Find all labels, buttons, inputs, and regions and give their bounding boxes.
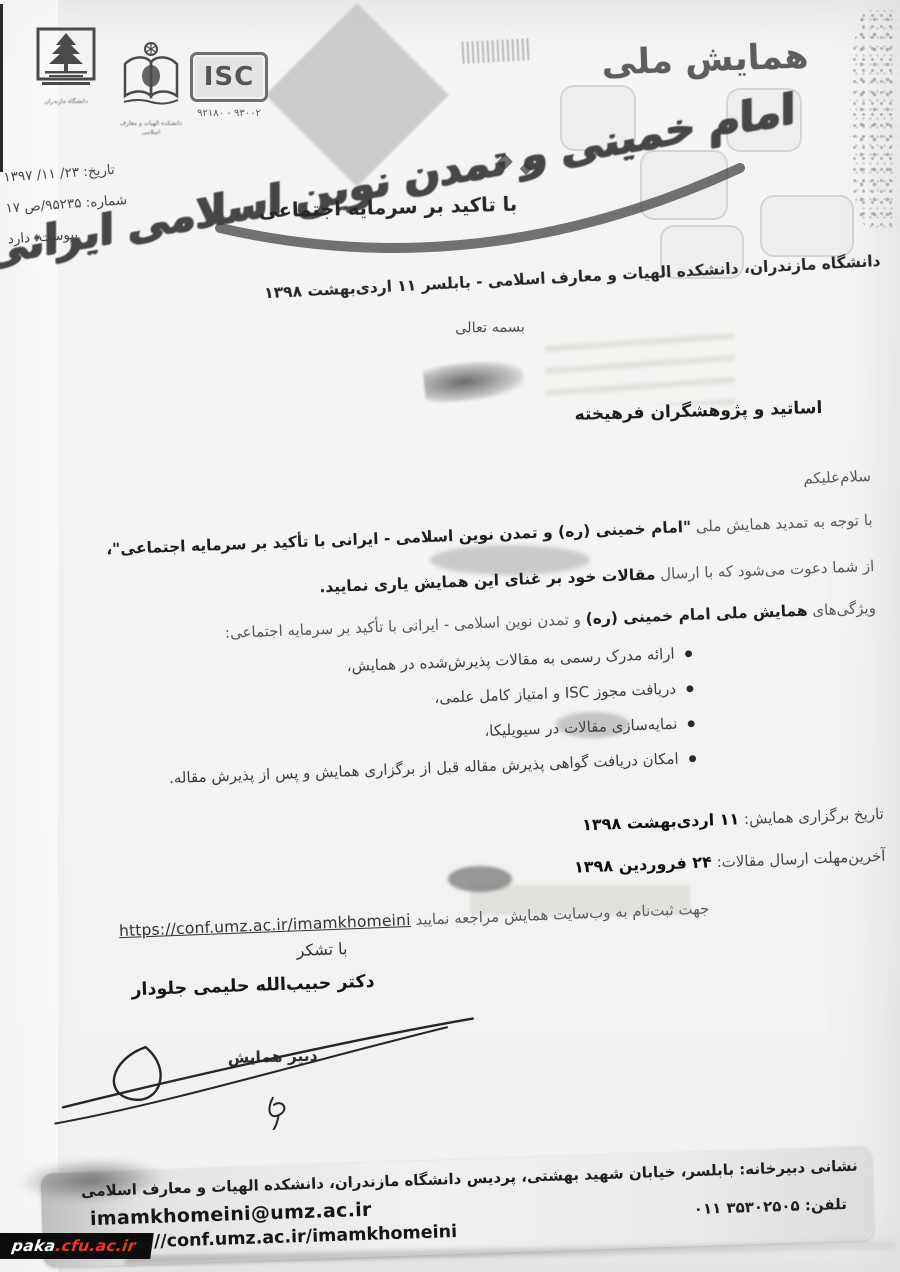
basmala: بسمه تعالی: [420, 319, 560, 337]
scan-edge-artifact: [0, 4, 3, 172]
signature-block: دبیر همایش: [48, 996, 481, 1135]
scanned-letter: دانشگاه مازندران دانشکده الهیات و معارف …: [0, 0, 900, 1272]
paragraph-bold-text: همایش ملی امام خمینی (ره): [585, 602, 808, 629]
paragraph-text: با توجه به تمدید همایش ملی: [691, 511, 873, 536]
event-date-label: تاریخ برگزاری همایش:: [744, 805, 885, 828]
event-date-value: ۱۱ اردی‌بهشت ۱۳۹۸: [582, 809, 740, 834]
watermark-suffix: .cfu.ac.ir: [54, 1237, 137, 1255]
scan-noise-patch: [461, 38, 532, 64]
site-watermark: paka.cfu.ac.ir: [0, 1233, 154, 1259]
ink-smudge: [430, 545, 590, 575]
faculty-book-icon: [118, 40, 184, 112]
registration-url: https://conf.umz.ac.ir/imamkhomeini: [119, 911, 411, 940]
isc-logo-label: ISC: [190, 52, 268, 102]
university-logo-caption: دانشگاه مازندران: [20, 97, 112, 106]
secretary-name: دکتر حبیب‌الله حلیمی جلودار: [108, 971, 399, 1001]
isc-code-numbers: ۹۲۱۸۰ - ۹۳۰۰۲: [186, 108, 272, 119]
university-logo: دانشگاه مازندران: [20, 24, 112, 106]
isc-logo: ISC ۹۲۱۸۰ - ۹۳۰۰۲: [186, 52, 272, 119]
thanks-line: با تشکر: [262, 938, 383, 961]
paragraph-text: و تمدن نوین اسلامی - ایرانی با تأکید بر …: [225, 610, 586, 642]
university-tree-icon: [33, 24, 99, 90]
watermark-prefix: paka: [11, 1237, 57, 1255]
ink-smudge: [422, 357, 525, 405]
venue-line: دانشگاه مازندران، دانشکده الهیات و معارف…: [141, 252, 881, 309]
paragraph-text: ویژگی‌های: [807, 599, 876, 620]
signature-stroke-icon: [48, 996, 481, 1135]
bleed-through-ghost: [470, 885, 690, 915]
deadline-value: ۲۴ فروردین ۱۳۹۸: [574, 852, 713, 876]
floral-ornament: [850, 10, 898, 228]
faculty-logo-caption: دانشکده الهیات و معارف اسلامی: [114, 119, 188, 137]
tile-ornament: [760, 195, 854, 257]
conference-title-inline: "امام خمینی (ره) و تمدن نوین اسلامی - ای…: [106, 518, 691, 558]
bleed-through-ghost: [545, 330, 735, 405]
ink-smudge: [556, 712, 630, 738]
faculty-logo: دانشکده الهیات و معارف اسلامی: [114, 40, 188, 137]
deadline-label: آخرین‌مهلت ارسال مقالات:: [716, 847, 885, 871]
conference-type-title: همایش ملی: [599, 36, 810, 83]
paragraph-text: از شما دعوت می‌شود که با ارسال: [655, 557, 875, 583]
